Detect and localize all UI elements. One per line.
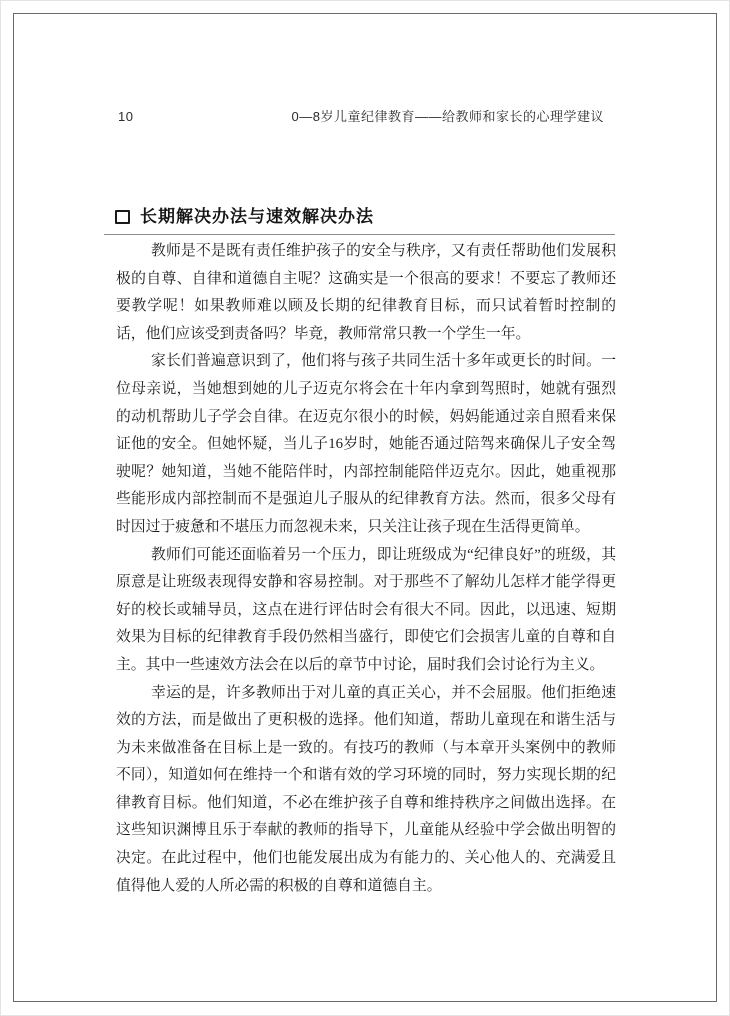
section-heading-text: 长期解决办法与速效解决办法 xyxy=(140,206,374,228)
running-head: 10 0—8岁儿童纪律教育——给教师和家长的心理学建议 xyxy=(118,106,604,125)
paragraph: 家长们普遍意识到了，他们将与孩子共同生活十多年或更长的时间。一位母亲说，当她想到… xyxy=(116,348,616,541)
page-number: 10 xyxy=(118,109,133,124)
body-text: 教师是不是既有责任维护孩子的安全与秩序，又有责任帮助他们发展积极的自尊、自律和道… xyxy=(116,238,616,900)
book-page-scan: 10 0—8岁儿童纪律教育——给教师和家长的心理学建议 长期解决办法与速效解决办… xyxy=(0,0,730,1016)
section-heading: 长期解决办法与速效解决办法 xyxy=(104,206,615,235)
paragraph: 幸运的是，许多教师出于对儿童的真正关心，并不会屈服。他们拒绝速效的方法，而是做出… xyxy=(116,680,616,901)
page-sheet-border: 10 0—8岁儿童纪律教育——给教师和家长的心理学建议 长期解决办法与速效解决办… xyxy=(13,13,717,1002)
square-bullet-icon xyxy=(115,210,130,224)
paragraph: 教师们可能还面临着另一个压力，即让班级成为“纪律良好”的班级，其原意是让班级表现… xyxy=(116,542,616,680)
running-head-title: 0—8岁儿童纪律教育——给教师和家长的心理学建议 xyxy=(292,106,604,125)
paragraph: 教师是不是既有责任维护孩子的安全与秩序，又有责任帮助他们发展积极的自尊、自律和道… xyxy=(116,238,616,348)
